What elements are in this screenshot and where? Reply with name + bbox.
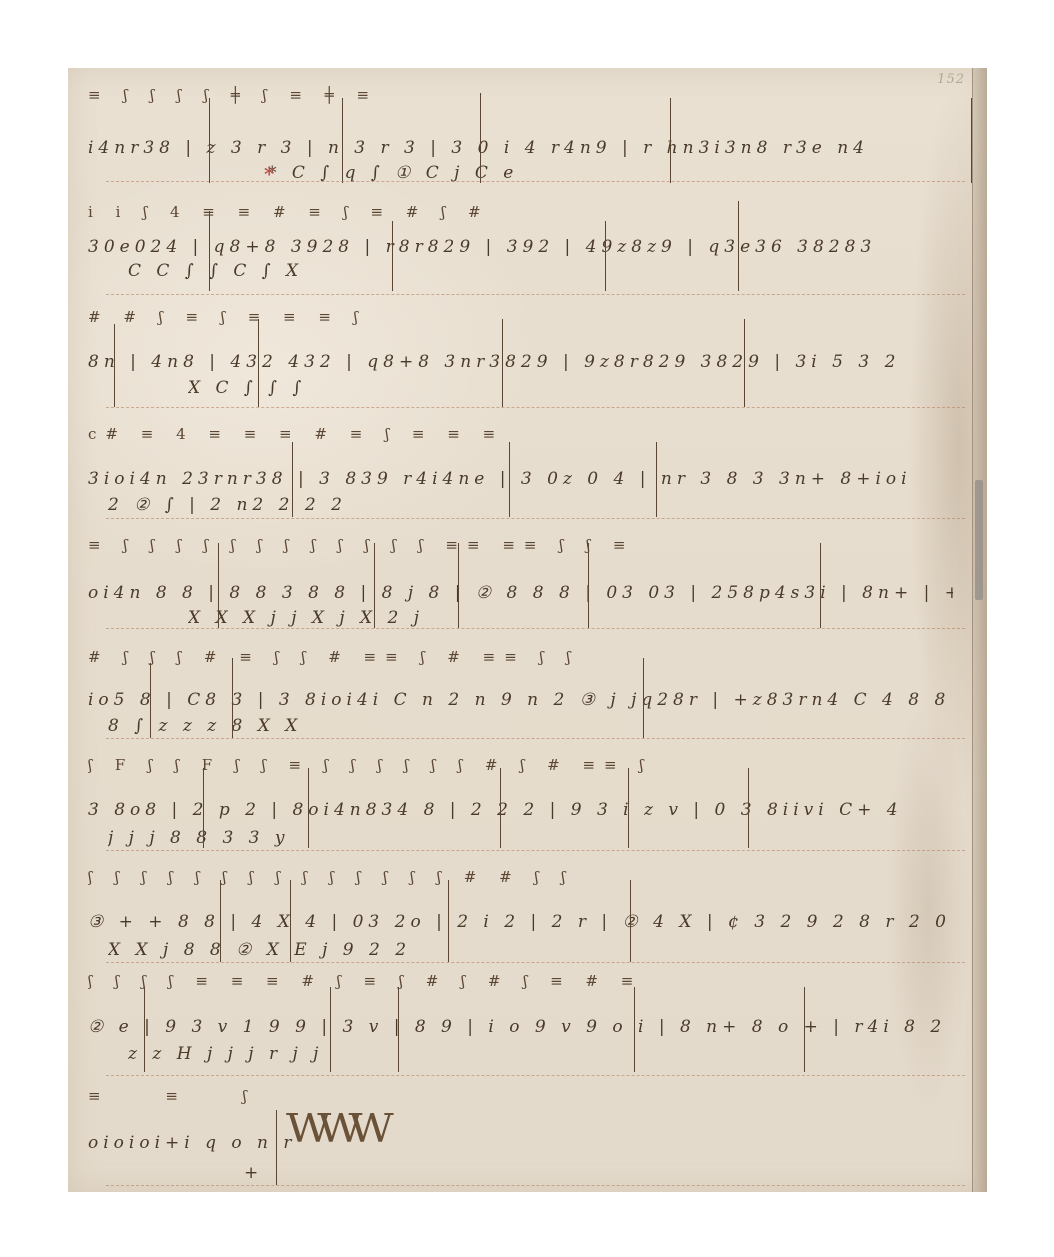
barline: [392, 221, 393, 291]
staff-line: [106, 407, 965, 408]
rhythm-signs: c# ≡ 4 ≡ ≡ ≡ # ≡ ʃ ≡ ≡ ≡: [88, 425, 953, 443]
barline: [509, 442, 510, 517]
binding-shadow: [975, 480, 983, 600]
tablature-lower-course: 8 ∫ z z z 8 X X: [108, 716, 953, 736]
manuscript-page: 152 ≡ ʃ ʃ ʃ ʃ ╪ ʃ ≡ ╪ ≡ i4nr38 | z 3 r 3…: [68, 68, 987, 1192]
barline: [258, 319, 259, 407]
barline: [209, 211, 210, 291]
barline: [804, 987, 805, 1072]
tablature-lower-course: z z H j j j r j j: [128, 1044, 953, 1064]
staff-line: [106, 181, 965, 182]
rhythm-signs: ʃ F ʃ ʃ F ʃ ʃ ≡ ʃ ʃ ʃ ʃ ʃ ʃ # ʃ # ≡≡ ʃ: [88, 756, 953, 774]
tablature-lower-course: +: [244, 1163, 953, 1183]
barline: [738, 201, 739, 291]
final-flourish-ornament: WWW: [286, 1106, 380, 1152]
barline: [500, 768, 501, 848]
rhythm-signs: ≡ ≡ ʃ: [88, 1087, 953, 1105]
barline: [748, 768, 749, 848]
barline: [209, 98, 210, 183]
rhythm-signs: ʃ ʃ ʃ ʃ ≡ ≡ ≡ # ʃ ≡ ʃ # ʃ # ʃ ≡ # ≡: [88, 972, 953, 990]
barline: [744, 319, 745, 407]
barline: [630, 880, 631, 962]
tablature-lower-course: * C ∫ q ∫ ① C j C e: [268, 163, 953, 183]
barline: [502, 319, 503, 407]
tablature-lower-course: X X X j j X j X 2 j: [188, 608, 953, 628]
tablature-letters: 3ioi4n 23rnr38 | 3 839 r4i4ne | 3 0z 0 4…: [88, 469, 953, 489]
staff-line: [106, 628, 965, 629]
barline: [218, 543, 219, 628]
rhythm-signs: # ʃ ʃ ʃ # ≡ ʃ ʃ # ≡≡ ʃ # ≡≡ ʃ ʃ: [88, 648, 953, 666]
tablature-lower-course: C C ∫ ∫ C ∫ X: [128, 261, 953, 281]
barline: [480, 93, 481, 183]
barline: [114, 324, 115, 407]
tablature-lower-course: X C ∫ ∫ ∫: [188, 378, 953, 398]
barline: [971, 98, 972, 183]
barline: [605, 221, 606, 291]
barline: [448, 880, 449, 962]
staff-line: [106, 1185, 965, 1186]
barline: [290, 880, 291, 962]
barline: [203, 768, 204, 848]
barline: [628, 768, 629, 848]
rhythm-signs: ʃ ʃ ʃ ʃ ʃ ʃ ʃ ʃ ʃ ʃ ʃ ʃ ʃ ʃ # # ʃ ʃ: [88, 868, 953, 886]
folio-number: 152: [937, 72, 965, 87]
barline: [670, 98, 671, 183]
binding-edge: [972, 68, 987, 1192]
rhythm-signs: i i ʃ 4 ≡ ≡ # ≡ ʃ ≡ # ʃ #: [88, 203, 953, 221]
barline: [656, 442, 657, 517]
barline: [276, 1110, 277, 1185]
rhythm-signs: ≡ ʃ ʃ ʃ ʃ ╪ ʃ ≡ ╪ ≡: [88, 86, 953, 104]
tablature-letters: ② e | 9 3 v 1 9 9 | 3 v | 8 9 | i o 9 v …: [88, 1017, 953, 1037]
tablature-lower-course: j j j 8 8 3 3 y: [108, 828, 953, 848]
barline: [308, 768, 309, 848]
barline: [150, 663, 151, 738]
barline: [820, 543, 821, 628]
staff-line: [106, 518, 965, 519]
staff-line: [106, 850, 965, 851]
tablature-letters: ③ + + 8 8 | 4 X 4 | 03 2o | 2 i 2 | 2 r …: [88, 912, 953, 932]
barline: [232, 658, 233, 738]
barline: [292, 442, 293, 517]
barline: [220, 880, 221, 962]
red-asterisk-mark: *: [264, 162, 274, 186]
staff-line: [106, 294, 965, 295]
staff-line: [106, 738, 965, 739]
staff-line: [106, 1075, 965, 1076]
barline: [458, 543, 459, 628]
tablature-letters: io5 8 | C8 3 | 3 8ioi4i C n 2 n 9 n 2 ③ …: [88, 690, 953, 710]
tablature-letters: i4nr38 | z 3 r 3 | n 3 r 3 | 3 0 i 4 r4n…: [88, 138, 953, 158]
barline: [634, 987, 635, 1072]
barline: [588, 543, 589, 628]
tablature-letters: 3 8o8 | 2 p 2 | 8oi4n834 8 | 2 2 2 | 9 3…: [88, 800, 953, 820]
barline: [342, 98, 343, 183]
tablature-letters: 8n | 4n8 | 432 432 | q8+8 3nr3829 | 9z8r…: [88, 352, 953, 372]
staff-line: [106, 962, 965, 963]
barline: [643, 658, 644, 738]
tablature-lower-course: X X j 8 8 ② X E j 9 2 2: [108, 940, 953, 960]
rhythm-signs: # # ʃ ≡ ʃ ≡ ≡ ≡ ʃ: [88, 308, 953, 326]
barline: [330, 987, 331, 1072]
tablature-lower-course: 2 ② ∫ | 2 n2 2 2 2: [108, 495, 953, 515]
tablature-letters: 30e024 | q8+8 3928 | r8r829 | 392 | 49z8…: [88, 237, 953, 257]
barline: [398, 987, 399, 1072]
barline: [374, 543, 375, 628]
tablature-letters: oioioi+i q o n r: [88, 1133, 297, 1153]
barline: [144, 987, 145, 1072]
